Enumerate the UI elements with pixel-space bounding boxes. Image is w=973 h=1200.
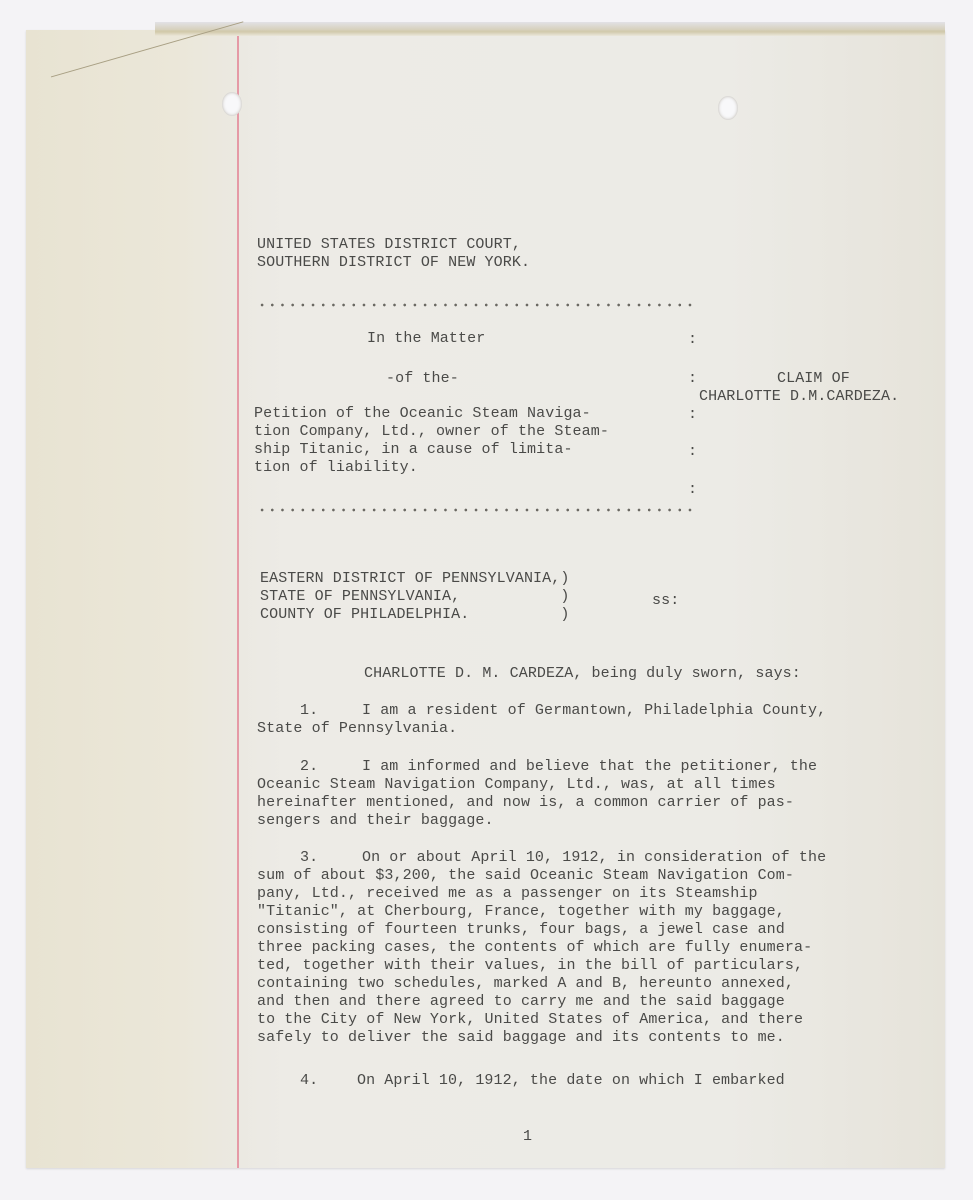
paragraph-line: containing two schedules, marked A and B…: [257, 975, 794, 993]
paragraph-line: I am a resident of Germantown, Philadelp…: [362, 702, 826, 720]
caption-petition-line: tion of liability.: [254, 459, 418, 477]
paragraph-line: consisting of fourteen trunks, four bags…: [257, 921, 785, 939]
paragraph-line: I am informed and believe that the petit…: [362, 758, 817, 776]
venue-line: STATE OF PENNSYLVANIA, ): [260, 588, 569, 606]
caption-of-the-line: -of the-: [386, 370, 459, 388]
claim-title-line: CLAIM OF: [777, 370, 850, 388]
torn-top-edge: [155, 22, 945, 36]
paragraph-number: 4.: [300, 1072, 318, 1090]
paragraph-number: 2.: [300, 758, 318, 776]
red-margin-line: [237, 36, 239, 1168]
punch-hole-icon: [222, 92, 242, 116]
paragraph-line: pany, Ltd., received me as a passenger o…: [257, 885, 758, 903]
caption-matter-line: In the Matter: [367, 330, 485, 348]
paragraph-line: and then and there agreed to carry me an…: [257, 993, 785, 1011]
caption-petition-line: Petition of the Oceanic Steam Naviga-: [254, 405, 591, 423]
paragraph-line: "Titanic", at Cherbourg, France, togethe…: [257, 903, 785, 921]
paragraph-line: On April 10, 1912, the date on which I e…: [357, 1072, 785, 1090]
caption-top-dotted-rule: [257, 303, 697, 307]
paragraph-line: On or about April 10, 1912, in considera…: [362, 849, 826, 867]
paragraph-line: Oceanic Steam Navigation Company, Ltd., …: [257, 776, 776, 794]
paragraph-line: State of Pennsylvania.: [257, 720, 457, 738]
venue-line: EASTERN DISTRICT OF PENNSYLVANIA,): [260, 570, 569, 588]
venue-ss-label: ss:: [652, 592, 679, 610]
paragraph-line: sum of about $3,200, the said Oceanic St…: [257, 867, 794, 885]
caption-separator-colon: :: [688, 443, 697, 460]
paragraph-line: to the City of New York, United States o…: [257, 1011, 803, 1029]
venue-line: COUNTY OF PHILADELPHIA. ): [260, 606, 569, 624]
caption-separator-colon: :: [688, 406, 697, 423]
punch-hole-icon: [718, 96, 738, 120]
paragraph-line: sengers and their baggage.: [257, 812, 494, 830]
court-header-line: UNITED STATES DISTRICT COURT,: [257, 236, 521, 254]
caption-petition-line: tion Company, Ltd., owner of the Steam-: [254, 423, 609, 441]
caption-separator-colon: :: [688, 370, 697, 387]
paragraph-number: 3.: [300, 849, 318, 867]
court-header-line: SOUTHERN DISTRICT OF NEW YORK.: [257, 254, 530, 272]
caption-bottom-dotted-rule: [257, 508, 697, 512]
paragraph-line: hereinafter mentioned, and now is, a com…: [257, 794, 794, 812]
caption-petition-line: ship Titanic, in a cause of limita-: [254, 441, 573, 459]
caption-separator-colon: :: [688, 481, 697, 498]
paragraph-line: three packing cases, the contents of whi…: [257, 939, 812, 957]
caption-separator-colon: :: [688, 331, 697, 348]
paragraph-line: ted, together with their values, in the …: [257, 957, 803, 975]
paragraph-number: 1.: [300, 702, 318, 720]
affiant-intro: CHARLOTTE D. M. CARDEZA, being duly swor…: [364, 665, 801, 683]
claim-title-line: CHARLOTTE D.M.CARDEZA.: [699, 388, 899, 406]
page-number: 1: [523, 1128, 532, 1145]
paragraph-line: safely to deliver the said baggage and i…: [257, 1029, 785, 1047]
